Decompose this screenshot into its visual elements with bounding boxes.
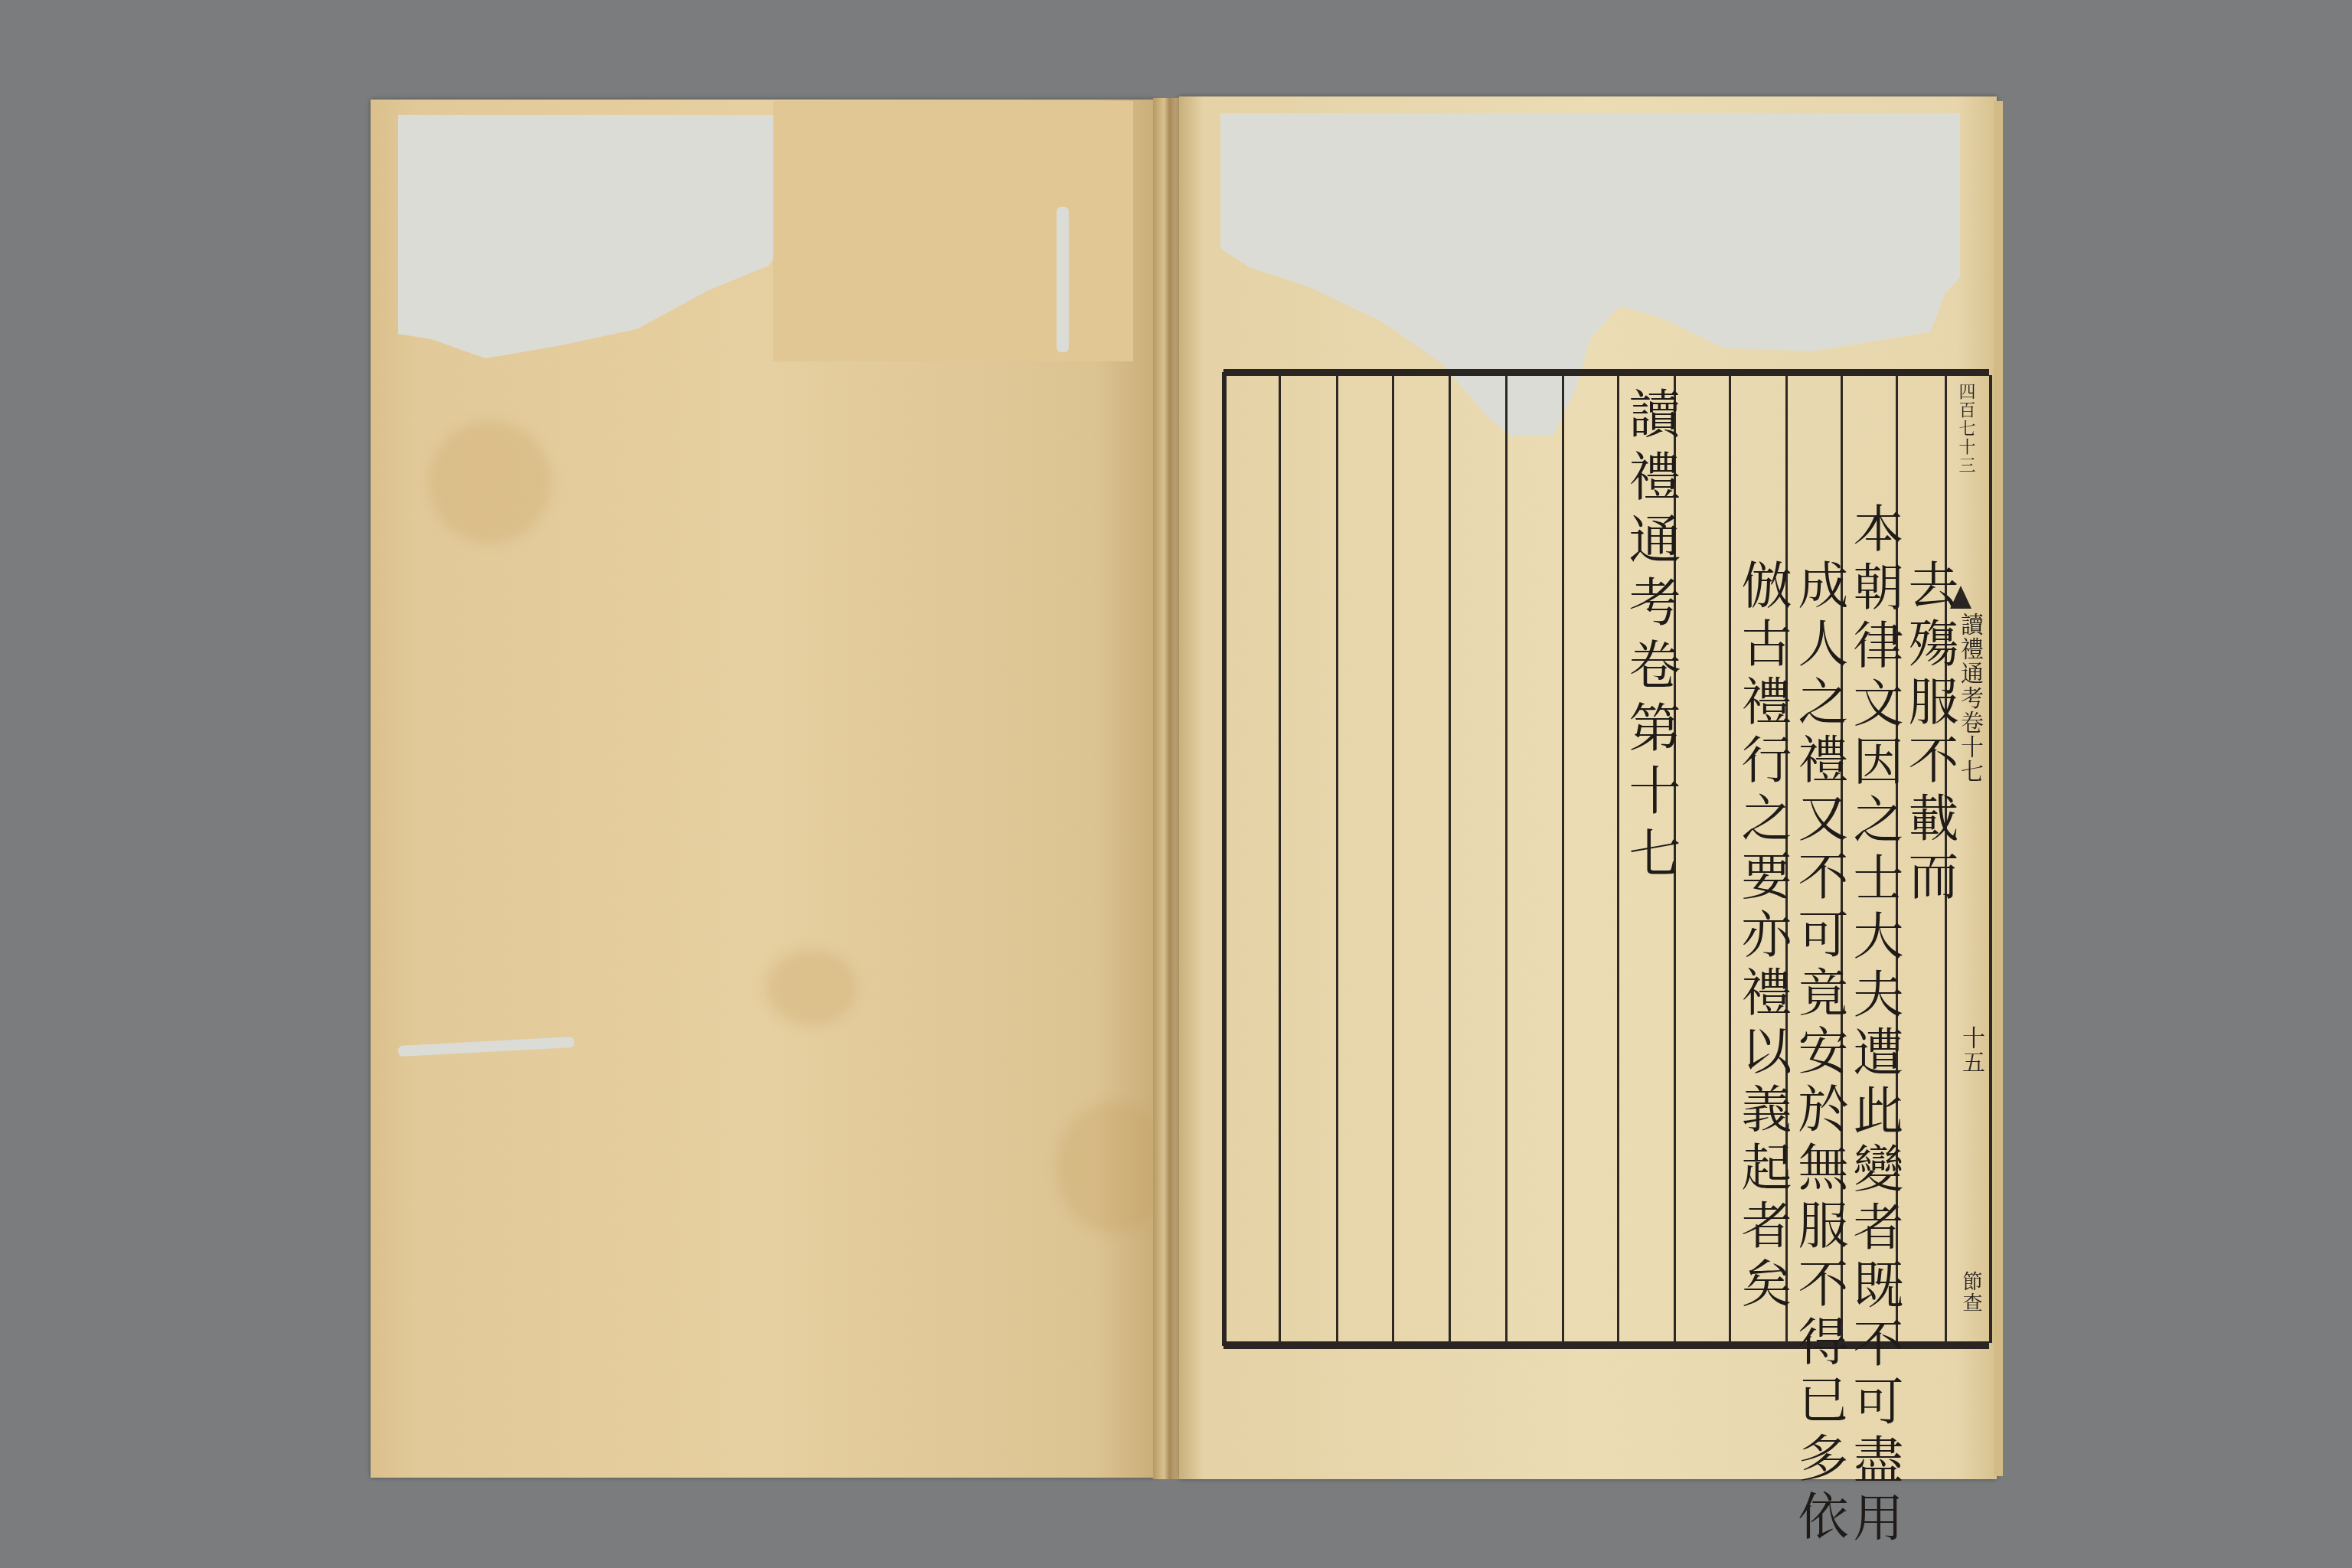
text-column-2: 本朝律文因之士大夫遭此變者既不可盡用 <box>1848 502 1899 1550</box>
fold-bottom-mark: 節查 <box>1957 1271 1985 1314</box>
text-column-1: 去殤服不載而 <box>1903 559 1954 908</box>
fold-top-number: 四百七十三 <box>1954 383 1978 475</box>
left-page-top-torn-area <box>773 101 1133 361</box>
fishtail-mark-icon <box>1950 586 1971 609</box>
column-rule <box>1617 375 1619 1343</box>
volume-title: 讀禮通考卷第十七 <box>1625 387 1675 889</box>
text-column-3: 成人之禮又不可竟安於無服不得已多依 <box>1793 559 1844 1548</box>
fold-book-title: 讀禮通考卷十七 <box>1952 612 1986 784</box>
frame-right-rule <box>1989 375 1992 1343</box>
column-rule <box>1449 375 1451 1343</box>
fold-page-number: 十五 <box>1954 1026 1988 1075</box>
frame-top-rule <box>1223 369 1989 376</box>
frame-left-rule <box>1222 372 1227 1346</box>
text-column-4: 倣古禮行之要亦禮以義起者矣 <box>1736 559 1787 1315</box>
column-rule <box>1562 375 1564 1343</box>
book-fore-edge <box>1994 101 2003 1476</box>
column-rule <box>1392 375 1394 1343</box>
column-rule <box>1279 375 1281 1343</box>
book-gutter <box>1153 98 1181 1479</box>
left-page-stain <box>766 949 857 1026</box>
column-rule <box>1729 375 1731 1343</box>
left-page-stain-3 <box>429 421 551 544</box>
column-rule <box>1505 375 1508 1343</box>
left-page-crack-repair <box>1057 207 1069 352</box>
column-rule <box>1336 375 1338 1343</box>
